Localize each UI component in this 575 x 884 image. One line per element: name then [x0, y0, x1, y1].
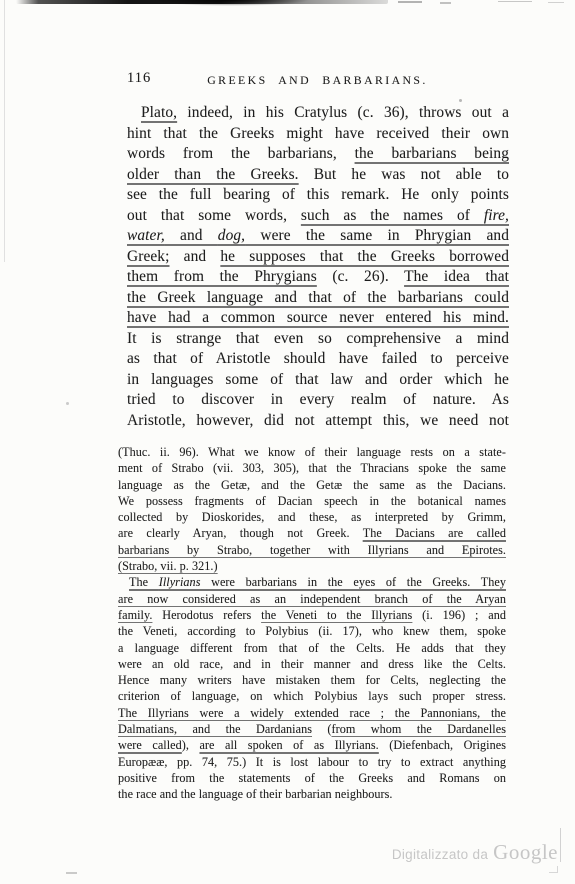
- google-watermark: Digitalizzato da Google: [392, 840, 558, 865]
- pencil-underlined-text: the barbarians being: [355, 145, 509, 162]
- pencil-underlined-text: the Greek language and that of the barba…: [127, 289, 509, 306]
- text-line: (Strabo, vii. p. 321.): [118, 558, 506, 574]
- text-line: The Illyrians were a widely extended rac…: [118, 705, 506, 721]
- text-line: the Greek language and that of the barba…: [127, 288, 509, 309]
- text-line: It is strange that even so comprehensive…: [127, 329, 509, 350]
- pencil-underlined-text: dog,: [218, 227, 245, 244]
- text-segment: the race and the language of their barba…: [118, 787, 393, 801]
- scan-artifact: [560, 828, 561, 862]
- pencil-underlined-text: Illyrians: [159, 575, 201, 589]
- pencil-underlined-text: family.: [118, 608, 152, 622]
- pencil-underlined-text: fire,: [484, 207, 509, 224]
- pencil-underlined-text: Dalmatians, and the Dardanians: [118, 722, 312, 736]
- text-line: ment of Strabo (vii. 303, 305), that the…: [118, 460, 506, 476]
- text-segment: (Thuc. ii. 96). What we know of their la…: [118, 445, 506, 459]
- text-line: were called), are all spoken of as Illyr…: [118, 737, 506, 753]
- pencil-underlined-text: them from the Phrygians: [127, 268, 317, 285]
- text-segment: and: [169, 248, 220, 265]
- text-segment: (i. 196) ; and: [412, 608, 506, 622]
- scan-artifact: [459, 99, 462, 102]
- pencil-underlined-text: are now considered as an independent bra…: [118, 592, 506, 606]
- text-line: out that some words, such as the names o…: [127, 206, 509, 227]
- text-segment: (Diefenbach, Origines: [379, 738, 506, 752]
- pencil-underlined-text: from whom the Dardanelles: [332, 722, 506, 736]
- text-line: in languages some of that law and order …: [127, 370, 509, 391]
- text-segment: But he was not able to: [299, 166, 509, 183]
- text-line: as that of Aristotle should have failed …: [127, 349, 509, 370]
- text-segment: Herodotus refers: [152, 608, 261, 622]
- text-segment: tried to discover in every realm of natu…: [127, 391, 509, 408]
- text-line: are now considered as an independent bra…: [118, 591, 506, 607]
- scan-artifact: [440, 2, 451, 4]
- pencil-underlined-text: The idea that: [404, 268, 509, 285]
- pencil-underlined-text: Greek;: [127, 248, 169, 265]
- text-line: have had a common source never entered h…: [127, 308, 509, 329]
- text-segment: as that of Aristotle should have failed …: [127, 350, 509, 367]
- text-segment: out that some words,: [127, 207, 301, 224]
- text-segment: were an old race, and in their manner an…: [118, 657, 506, 671]
- text-line: Dalmatians, and the Dardanians (from who…: [118, 721, 506, 737]
- text-line: see the full bearing of this remark. He …: [127, 185, 509, 206]
- pencil-underlined-text: The: [129, 575, 159, 589]
- text-line: them from the Phrygians (c. 26). The ide…: [127, 267, 509, 288]
- text-line: the race and the language of their barba…: [118, 786, 506, 802]
- text-line: (Thuc. ii. 96). What we know of their la…: [118, 444, 506, 460]
- pencil-underlined-text: older than the Greeks.: [127, 166, 299, 183]
- main-paragraph: Plato, indeed, in his Cratylus (c. 36), …: [127, 103, 509, 431]
- pencil-underlined-text: The Dacians are called: [363, 526, 506, 540]
- scan-artifact: [150, 0, 310, 6]
- text-line: Greek; and he supposes that the Greeks b…: [127, 247, 509, 268]
- pencil-underlined-text: Plato,: [141, 104, 177, 121]
- scan-artifact: [4, 0, 5, 262]
- watermark-text: Digitalizzato da: [392, 847, 488, 862]
- text-segment: (c. 26).: [317, 268, 404, 285]
- text-segment: in languages some of that law and order …: [127, 371, 509, 388]
- text-line: tried to discover in every realm of natu…: [127, 390, 509, 411]
- pencil-underlined-text: are all spoken of as Illyrians.: [199, 738, 378, 752]
- pencil-underlined-text: were barbarians in the eyes of the Greek…: [200, 575, 506, 589]
- text-segment: It is strange that even so comprehensive…: [127, 330, 509, 347]
- text-line: older than the Greeks. But he was not ab…: [127, 165, 509, 186]
- scan-artifact: [398, 1, 422, 3]
- text-segment: (: [312, 722, 332, 736]
- text-segment: Aristotle, however, did not attempt this…: [127, 412, 509, 429]
- text-segment: are clearly Aryan, though not Greek.: [118, 526, 363, 540]
- text-segment: indeed, in his Cratylus (c. 36), throws …: [177, 104, 509, 121]
- text-line: Europææ, pp. 74, 75.) It is lost labour …: [118, 754, 506, 770]
- text-segment: Hence many writers have mistaken them fo…: [118, 673, 506, 687]
- text-line: hint that the Greeks might have received…: [127, 124, 509, 145]
- text-line: family. Herodotus refers the Veneti to t…: [118, 607, 506, 623]
- text-segment: see the full bearing of this remark. He …: [127, 186, 509, 203]
- pencil-underlined-text: barbarians by Strabo, together with Illy…: [118, 543, 506, 557]
- text-segment: We possess fragments of Dacian speech in…: [118, 494, 506, 508]
- pencil-underlined-text: and: [165, 227, 218, 244]
- text-segment: hint that the Greeks might have received…: [127, 125, 509, 142]
- text-line: are clearly Aryan, though not Greek. The…: [118, 525, 506, 541]
- text-line: We possess fragments of Dacian speech in…: [118, 493, 506, 509]
- text-line: words from the barbarians, the barbarian…: [127, 144, 509, 165]
- page-number: 116: [127, 70, 151, 87]
- pencil-underlined-text: were the same in Phrygian and: [245, 227, 509, 244]
- scanned-book-page: 116 GREEKS AND BARBARIANS. Plato, indeed…: [0, 0, 575, 884]
- text-segment: positive from the statements of the Gree…: [118, 771, 506, 785]
- text-line: a language different from that of the Ce…: [118, 640, 506, 656]
- text-line: The Illyrians were barbarians in the eye…: [118, 574, 506, 590]
- text-line: language as the Getæ, and the Getæ the s…: [118, 477, 506, 493]
- scan-artifact: [498, 1, 532, 2]
- google-logo: Google: [493, 840, 558, 865]
- text-line: the Veneti, according to Polybius (ii. 1…: [118, 623, 506, 639]
- text-line: collected by Dioskorides, and these, as …: [118, 509, 506, 525]
- scan-artifact: [549, 866, 558, 873]
- text-line: Plato, indeed, in his Cratylus (c. 36), …: [127, 103, 509, 124]
- scan-artifact: [16, 0, 388, 4]
- pencil-underlined-text: were called: [118, 738, 182, 752]
- pencil-underlined-text: water,: [127, 227, 165, 244]
- text-line: Aristotle, however, did not attempt this…: [127, 411, 509, 432]
- text-line: positive from the statements of the Gree…: [118, 770, 506, 786]
- text-line: were an old race, and in their manner an…: [118, 656, 506, 672]
- text-line: water, and dog, were the same in Phrygia…: [127, 226, 509, 247]
- pencil-underlined-text: have had a common source never entered h…: [127, 309, 509, 326]
- text-segment: words from the barbarians,: [127, 145, 355, 162]
- footnote-text: (Thuc. ii. 96). What we know of their la…: [118, 444, 506, 803]
- pencil-underlined-text: (Strabo, vii. p. 321.): [118, 559, 218, 573]
- scan-artifact: [66, 872, 77, 874]
- pencil-underlined-text: the Veneti to the Illyrians: [261, 608, 412, 622]
- scan-artifact: [66, 402, 69, 405]
- text-segment: the Veneti, according to Polybius (ii. 1…: [118, 624, 506, 638]
- pencil-underlined-text: The Illyrians were a widely extended rac…: [118, 706, 506, 720]
- text-segment: ment of Strabo (vii. 303, 305), that the…: [118, 461, 506, 475]
- running-title: GREEKS AND BARBARIANS.: [207, 73, 427, 88]
- pencil-underlined-text: such as the names of: [301, 207, 484, 224]
- text-segment: a language different from that of the Ce…: [118, 641, 506, 655]
- text-segment: collected by Dioskorides, and these, as …: [118, 510, 506, 524]
- scan-artifact: [548, 2, 564, 3]
- text-line: barbarians by Strabo, together with Illy…: [118, 542, 506, 558]
- running-header: 116 GREEKS AND BARBARIANS.: [127, 70, 508, 88]
- text-line: Hence many writers have mistaken them fo…: [118, 672, 506, 688]
- pencil-underlined-text: he supposes that the Greeks borrowed: [220, 248, 509, 265]
- text-segment: criterion of language, on which Polybius…: [118, 689, 506, 703]
- text-segment: ),: [182, 738, 200, 752]
- text-segment: Europææ, pp. 74, 75.) It is lost labour …: [118, 755, 506, 769]
- text-segment: language as the Getæ, and the Getæ the s…: [118, 478, 506, 492]
- text-line: criterion of language, on which Polybius…: [118, 688, 506, 704]
